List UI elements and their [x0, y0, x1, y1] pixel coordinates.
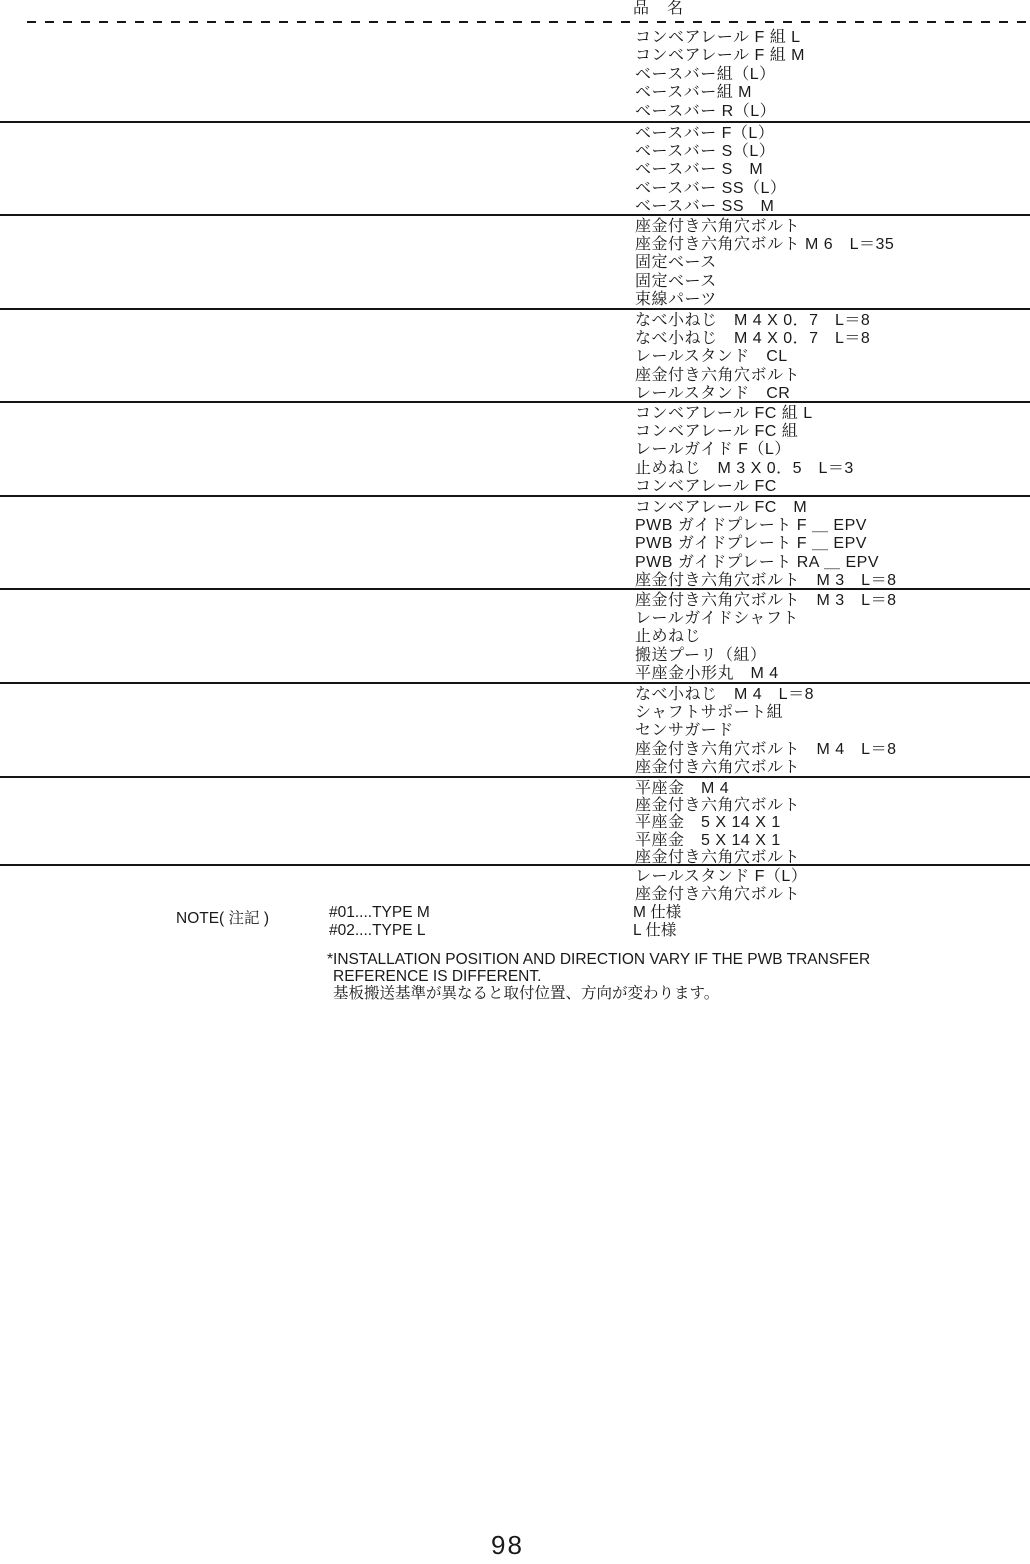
parts-group: コンベアレール F 組 Lコンベアレール F 組 Mベースバー組（L）ベースバー…	[0, 23, 1030, 121]
part-name-column-header: 品 名	[633, 0, 684, 18]
part-name: コンベアレール F 組 M	[635, 47, 1030, 65]
part-name: 座金付き六角穴ボルト M 6 L＝35	[635, 236, 1030, 254]
part-name: レールガイドシャフト	[635, 610, 1030, 628]
parts-group: 座金付き六角穴ボルト座金付き六角穴ボルト M 6 L＝35固定ベース固定ベース束…	[0, 214, 1030, 308]
part-name: ベースバー S（L）	[635, 143, 1030, 161]
part-name: ベースバー組 M	[635, 84, 1030, 102]
part-name: 座金付き六角穴ボルト	[635, 367, 1030, 385]
part-name: センサガード	[635, 722, 1030, 740]
part-name: なべ小ねじ M 4 L＝8	[635, 686, 1030, 704]
part-name: シャフトサポート組	[635, 704, 1030, 722]
part-name: ベースバー R（L）	[635, 103, 1030, 121]
part-name: レールガイド F（L）	[635, 441, 1030, 459]
remark-line: 基板搬送基準が異なると取付位置、方向が変わります。	[327, 985, 870, 1002]
note-type-code: #02....TYPE L	[329, 922, 430, 940]
note-label: NOTE( 注記 )	[176, 906, 269, 928]
installation-remark: *INSTALLATION POSITION AND DIRECTION VAR…	[327, 951, 870, 1003]
note-type-description: L 仕様	[633, 922, 681, 940]
parts-group: 座金付き六角穴ボルト M 3 L＝8レールガイドシャフト止めねじ搬送プーリ（組）…	[0, 588, 1030, 682]
parts-group: なべ小ねじ M 4 X 0．7 L＝8なべ小ねじ M 4 X 0．7 L＝8レー…	[0, 308, 1030, 401]
part-name: なべ小ねじ M 4 X 0．7 L＝8	[635, 312, 1030, 330]
note-type-description: M 仕様	[633, 904, 681, 922]
part-name: 座金付き六角穴ボルト	[635, 797, 1030, 814]
part-name: 座金付き六角穴ボルト M 3 L＝8	[635, 592, 1030, 610]
page-number: 98	[491, 1530, 524, 1561]
part-name: 平座金 M 4	[635, 780, 1030, 797]
note-type-code: #01....TYPE M	[329, 904, 430, 922]
part-name: 座金付き六角穴ボルト	[635, 886, 1030, 904]
part-name: ベースバー F（L）	[635, 125, 1030, 143]
parts-group: なべ小ねじ M 4 L＝8シャフトサポート組センサガード座金付き六角穴ボルト M…	[0, 682, 1030, 776]
parts-list-page: 品 名 コンベアレール F 組 Lコンベアレール F 組 Mベースバー組（L）ベ…	[0, 0, 1030, 1564]
parts-group: コンベアレール FC 組 Lコンベアレール FC 組レールガイド F（L）止めね…	[0, 401, 1030, 495]
part-name: コンベアレール FC 組	[635, 423, 1030, 441]
parts-list: コンベアレール F 組 Lコンベアレール F 組 Mベースバー組（L）ベースバー…	[0, 23, 1030, 908]
part-name: 固定ベース	[635, 254, 1030, 272]
note-type-codes: #01....TYPE M#02....TYPE L	[329, 904, 430, 939]
part-name: 搬送プーリ（組）	[635, 647, 1030, 665]
part-name: 平座金 5 X 14 X 1	[635, 814, 1030, 831]
part-name: ベースバー S M	[635, 161, 1030, 179]
parts-group: 平座金 M 4座金付き六角穴ボルト平座金 5 X 14 X 1平座金 5 X 1…	[0, 776, 1030, 864]
part-name: コンベアレール FC M	[635, 499, 1030, 517]
parts-group: コンベアレール FC MPWB ガイドプレート F ＿ EPVPWB ガイドプレ…	[0, 495, 1030, 588]
part-name: なべ小ねじ M 4 X 0．7 L＝8	[635, 330, 1030, 348]
part-name: 平座金小形丸 M 4	[635, 665, 1030, 683]
part-name: PWB ガイドプレート RA ＿ EPV	[635, 554, 1030, 572]
part-name: 座金付き六角穴ボルト	[635, 759, 1030, 777]
remark-line: REFERENCE IS DIFFERENT.	[327, 968, 870, 985]
part-name: 固定ベース	[635, 273, 1030, 291]
part-name: 平座金 5 X 14 X 1	[635, 832, 1030, 849]
parts-group: ベースバー F（L）ベースバー S（L）ベースバー S Mベースバー SS（L）…	[0, 121, 1030, 214]
part-name: PWB ガイドプレート F ＿ EPV	[635, 517, 1030, 535]
part-name: コンベアレール FC 組 L	[635, 405, 1030, 423]
part-name: 止めねじ	[635, 628, 1030, 646]
part-name: 座金付き六角穴ボルト	[635, 218, 1030, 236]
note-type-descriptions: M 仕様L 仕様	[633, 904, 681, 939]
part-name: 束線パーツ	[635, 291, 1030, 309]
part-name: 止めねじ M 3 X 0．5 L＝3	[635, 460, 1030, 478]
remark-line: *INSTALLATION POSITION AND DIRECTION VAR…	[327, 951, 870, 968]
part-name: レールスタンド F（L）	[635, 868, 1030, 886]
part-name: コンベアレール FC	[635, 478, 1030, 496]
part-name: ベースバー SS（L）	[635, 180, 1030, 198]
part-name: レールスタンド CL	[635, 348, 1030, 366]
part-name: ベースバー組（L）	[635, 66, 1030, 84]
part-name: PWB ガイドプレート F ＿ EPV	[635, 535, 1030, 553]
part-name: 座金付き六角穴ボルト M 4 L＝8	[635, 741, 1030, 759]
parts-group: レールスタンド F（L）座金付き六角穴ボルト	[0, 864, 1030, 908]
part-name: コンベアレール F 組 L	[635, 29, 1030, 47]
